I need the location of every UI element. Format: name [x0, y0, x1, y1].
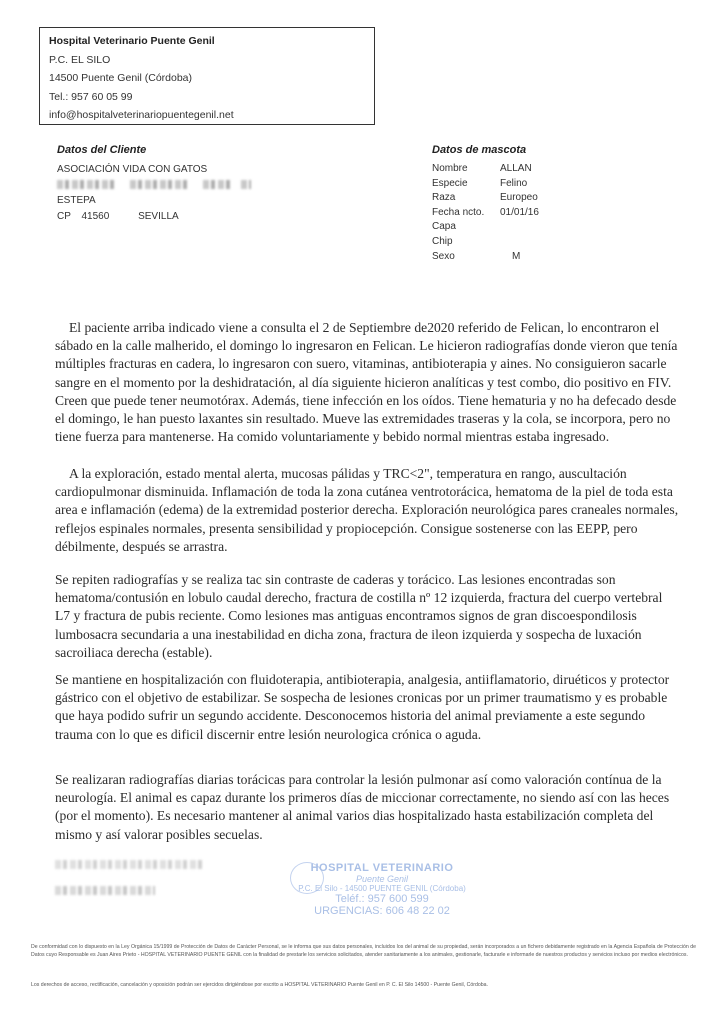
hospital-header-box: Hospital Veterinario Puente Genil P.C. E… — [39, 27, 375, 125]
pet-field-value: M — [500, 250, 539, 265]
hospital-name: Hospital Veterinario Puente Genil — [49, 32, 365, 51]
stamp-subtitle: Puente Genil — [292, 874, 472, 884]
pet-field-label: Raza — [432, 191, 500, 206]
pet-section-title: Datos de mascota — [432, 144, 539, 156]
pet-field-label: Capa — [432, 220, 500, 235]
client-name: ASOCIACIÓN VIDA CON GATOS — [57, 162, 251, 178]
pet-field-label: Nombre — [432, 162, 500, 177]
pet-field-row: NombreALLAN — [432, 162, 539, 177]
client-section: Datos del Cliente ASOCIACIÓN VIDA CON GA… — [57, 144, 251, 224]
pet-field-row: Fecha ncto.01/01/16 — [432, 206, 539, 221]
pet-field-label: Sexo — [432, 250, 500, 265]
pet-field-row: Chip — [432, 235, 539, 250]
client-city: ESTEPA — [57, 193, 251, 209]
client-address-redacted — [57, 178, 251, 194]
report-paragraph: A la exploración, estado mental alerta, … — [55, 465, 680, 556]
pet-field-row: EspecieFelino — [432, 177, 539, 192]
hospital-address-line1: P.C. EL SILO — [49, 51, 365, 70]
stamp-title: HOSPITAL VETERINARIO — [292, 862, 472, 874]
pet-field-label: Especie — [432, 177, 500, 192]
client-cp-label: CP — [57, 211, 71, 222]
pet-field-value — [500, 235, 539, 250]
pet-field-label: Chip — [432, 235, 500, 250]
pet-field-row: RazaEuropeo — [432, 191, 539, 206]
report-paragraph: Se mantiene en hospitalización con fluid… — [55, 671, 680, 744]
hospital-phone: Tel.: 957 60 05 99 — [49, 88, 365, 107]
report-paragraph: El paciente arriba indicado viene a cons… — [55, 319, 680, 446]
pet-field-label: Fecha ncto. — [432, 206, 500, 221]
report-paragraph-text: Se mantiene en hospitalización con fluid… — [55, 671, 680, 744]
hospital-address-line2: 14500 Puente Genil (Córdoba) — [49, 69, 365, 88]
stamp-address: P.C. El Silo - 14500 PUENTE GENIL (Córdo… — [292, 884, 472, 893]
client-province: SEVILLA — [138, 211, 179, 222]
report-paragraph: Se realizaran radiografías diarias torác… — [55, 771, 680, 844]
pet-field-value: Europeo — [500, 191, 539, 206]
client-postal-line: CP 41560 SEVILLA — [57, 209, 251, 225]
legal-rights: Los derechos de acceso, rectificación, c… — [31, 982, 696, 990]
report-paragraph: Se repiten radiografías y se realiza tac… — [55, 571, 680, 662]
pet-field-value: ALLAN — [500, 162, 539, 177]
stamp-emergency: URGENCIAS: 606 48 22 02 — [292, 905, 472, 917]
report-paragraph-text: Se repiten radiografías y se realiza tac… — [55, 571, 680, 662]
pet-field-value: 01/01/16 — [500, 206, 539, 221]
signature-block-redacted — [55, 856, 205, 900]
hospital-email: info@hospitalveterinariopuentegenil.net — [49, 106, 365, 125]
report-paragraph-text: A la exploración, estado mental alerta, … — [55, 465, 680, 556]
pet-field-row: SexoM — [432, 250, 539, 265]
legal-notice: De conformidad con lo dispuesto en la Le… — [31, 944, 696, 959]
pet-section: Datos de mascota NombreALLAN EspecieFeli… — [432, 144, 539, 264]
pet-field-row: Capa — [432, 220, 539, 235]
pet-field-value — [500, 220, 539, 235]
stamp-phone: Teléf.: 957 600 599 — [292, 893, 472, 905]
pet-field-value: Felino — [500, 177, 539, 192]
hospital-stamp: HOSPITAL VETERINARIO Puente Genil P.C. E… — [292, 862, 472, 917]
client-cp: 41560 — [82, 211, 110, 222]
report-paragraph-text: Se realizaran radiografías diarias torác… — [55, 771, 680, 844]
pet-fields-table: NombreALLAN EspecieFelino RazaEuropeo Fe… — [432, 162, 539, 264]
client-section-title: Datos del Cliente — [57, 144, 251, 156]
report-paragraph-text: El paciente arriba indicado viene a cons… — [55, 319, 680, 446]
